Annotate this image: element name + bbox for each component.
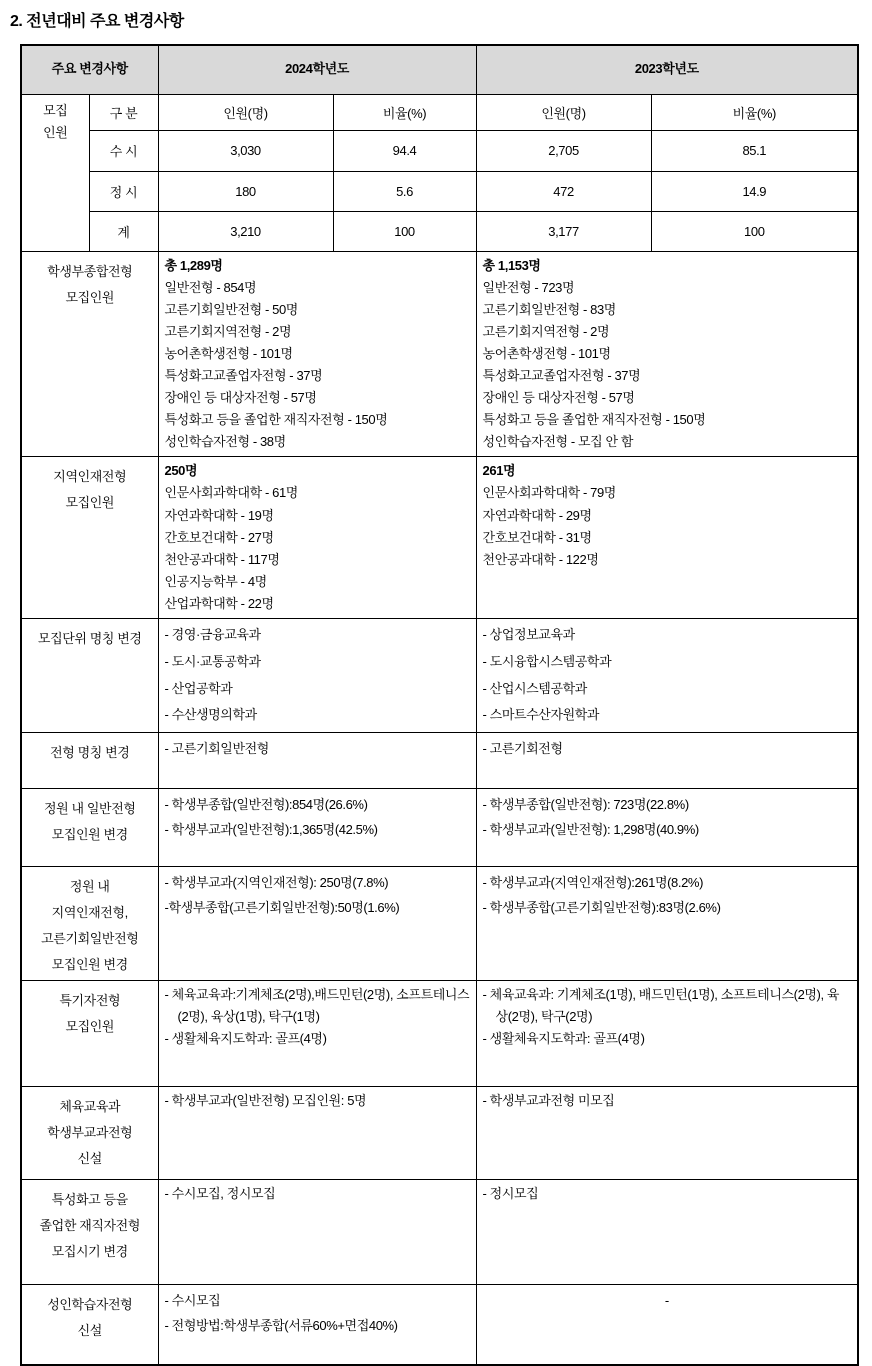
section-label-cell: 특성화고 등을졸업한 재직자전형모집시기 변경 xyxy=(21,1179,158,1284)
content-line: - 체육교육과:기계체조(2명),배드민턴(2명), 소프트테니스(2명), 육… xyxy=(165,984,470,1028)
content-line: 간호보건대학 - 31명 xyxy=(483,527,852,549)
cell-value: 85.1 xyxy=(651,130,858,171)
section-content-2023-cell: - 고른기회전형 xyxy=(476,732,858,788)
cell-value: 94.4 xyxy=(333,130,476,171)
section-content-2023-cell: - 학생부교과(지역인재전형):261명(8.2%)- 학생부종합(고른기회일반… xyxy=(476,866,858,980)
cell-value: 3,210 xyxy=(158,211,333,251)
content-line: - 학생부종합(일반전형):854명(26.6%) xyxy=(165,792,470,817)
section-label-line: 모집인원 변경 xyxy=(27,952,153,978)
content-line: - 상업정보교육과 xyxy=(483,622,852,649)
content-line: - 스마트수산자원학과 xyxy=(483,702,852,729)
content-total-line: 250명 xyxy=(165,460,470,482)
content-line: 장애인 등 대상자전형 - 57명 xyxy=(165,387,470,409)
section-label-line: 신설 xyxy=(27,1146,153,1172)
content-line: - 학생부교과(지역인재전형): 250명(7.8%) xyxy=(165,870,470,895)
content-line: - 수시모집 xyxy=(165,1288,470,1313)
content-line: 산업과학대학 - 22명 xyxy=(165,593,470,615)
cell-value: 2,705 xyxy=(476,130,651,171)
subheader-personnel-2023: 인원(명) xyxy=(476,94,651,130)
section-row: 특성화고 등을졸업한 재직자전형모집시기 변경- 수시모집, 정시모집- 정시모… xyxy=(21,1179,858,1284)
content-line: 인공지능학부 - 4명 xyxy=(165,571,470,593)
row-label: 수 시 xyxy=(89,130,158,171)
content-line: - 생활체육지도학과: 골프(4명) xyxy=(483,1028,852,1050)
content-line: - 학생부종합(일반전형): 723명(22.8%) xyxy=(483,792,852,817)
page-title: 2. 전년대비 주요 변경사항 xyxy=(0,0,872,31)
section-content-2023-cell: - xyxy=(476,1284,858,1365)
content-line: 농어촌학생전형 - 101명 xyxy=(483,343,852,365)
section-row: 정원 내지역인재전형,고른기회일반전형모집인원 변경- 학생부교과(지역인재전형… xyxy=(21,866,858,980)
section-row: 전형 명칭 변경- 고른기회일반전형- 고른기회전형 xyxy=(21,732,858,788)
enrollment-group-label: 모집 인원 xyxy=(21,94,89,251)
content-line: - xyxy=(483,1288,852,1313)
content-line: - 학생부교과(일반전형): 1,298명(40.9%) xyxy=(483,817,852,842)
section-label-line: 모집인원 xyxy=(27,490,153,516)
content-line: 특성화고교졸업자전형 - 37명 xyxy=(483,365,852,387)
section-label-line: 특성화고 등을 xyxy=(27,1187,153,1213)
section-row: 특기자전형모집인원- 체육교육과:기계체조(2명),배드민턴(2명), 소프트테… xyxy=(21,980,858,1086)
content-line: 고른기회지역전형 - 2명 xyxy=(483,321,852,343)
section-row: 성인학습자전형신설- 수시모집- 전형방법:학생부종합(서류60%+면접40%)… xyxy=(21,1284,858,1365)
section-content-2024-cell: - 학생부종합(일반전형):854명(26.6%)- 학생부교과(일반전형):1… xyxy=(158,788,476,866)
table-header-row: 주요 변경사항 2024학년도 2023학년도 xyxy=(21,45,858,94)
content-line: 자연과학대학 - 29명 xyxy=(483,505,852,527)
section-content-2023-cell: - 학생부교과전형 미모집 xyxy=(476,1086,858,1179)
section-label-cell: 학생부종합전형모집인원 xyxy=(21,251,158,457)
section-row: 지역인재전형모집인원250명인문사회과학대학 - 61명자연과학대학 - 19명… xyxy=(21,457,858,619)
content-line: 인문사회과학대학 - 61명 xyxy=(165,482,470,504)
content-line: - 전형방법:학생부종합(서류60%+면접40%) xyxy=(165,1313,470,1338)
section-content-2024-cell: - 고른기회일반전형 xyxy=(158,732,476,788)
content-line: - 학생부교과(일반전형):1,365명(42.5%) xyxy=(165,817,470,842)
cell-value: 180 xyxy=(158,171,333,211)
cell-value: 100 xyxy=(333,211,476,251)
section-content-2023-cell: 총 1,153명일반전형 - 723명고른기회일반전형 - 83명고른기회지역전… xyxy=(476,251,858,457)
section-content-2024-cell: - 학생부교과(일반전형) 모집인원: 5명 xyxy=(158,1086,476,1179)
section-label-line: 모집단위 명칭 변경 xyxy=(27,626,153,652)
subheader-personnel-2024: 인원(명) xyxy=(158,94,333,130)
content-line: 인문사회과학대학 - 79명 xyxy=(483,482,852,504)
content-line: - 고른기회일반전형 xyxy=(165,736,470,761)
section-label-line: 모집인원 xyxy=(27,285,153,311)
enrollment-subheader-row: 모집 인원 구 분 인원(명) 비율(%) 인원(명) 비율(%) xyxy=(21,94,858,130)
section-content-2024-cell: 총 1,289명일반전형 - 854명고른기회일반전형 - 50명고른기회지역전… xyxy=(158,251,476,457)
section-label-line: 지역인재전형 xyxy=(27,464,153,490)
content-line: 자연과학대학 - 19명 xyxy=(165,505,470,527)
row-label: 정 시 xyxy=(89,171,158,211)
changes-table: 주요 변경사항 2024학년도 2023학년도 모집 인원 구 분 인원(명) … xyxy=(20,44,859,1366)
section-content-2023-cell: 261명인문사회과학대학 - 79명자연과학대학 - 29명간호보건대학 - 3… xyxy=(476,457,858,619)
section-label-cell: 정원 내 일반전형모집인원 변경 xyxy=(21,788,158,866)
section-content-2023-cell: - 정시모집 xyxy=(476,1179,858,1284)
section-content-2024-cell: - 경영·금융교육과- 도시·교통공학과- 산업공학과- 수산생명의학과 xyxy=(158,619,476,733)
cell-value: 100 xyxy=(651,211,858,251)
enrollment-row-susi: 수 시 3,030 94.4 2,705 85.1 xyxy=(21,130,858,171)
section-label-cell: 지역인재전형모집인원 xyxy=(21,457,158,619)
content-line: - 산업공학과 xyxy=(165,676,470,703)
content-line: - 정시모집 xyxy=(483,1183,852,1205)
content-line: 성인학습자전형 - 38명 xyxy=(165,431,470,453)
subheader-ratio-2023: 비율(%) xyxy=(651,94,858,130)
document-page: 2. 전년대비 주요 변경사항 주요 변경사항 2024학년도 2023학년도 … xyxy=(0,0,872,1343)
section-label-line: 모집시기 변경 xyxy=(27,1239,153,1265)
section-label-cell: 모집단위 명칭 변경 xyxy=(21,619,158,733)
enrollment-row-total: 계 3,210 100 3,177 100 xyxy=(21,211,858,251)
content-total-line: 261명 xyxy=(483,460,852,482)
section-rows: 학생부종합전형모집인원총 1,289명일반전형 - 854명고른기회일반전형 -… xyxy=(21,251,858,1365)
content-line: 장애인 등 대상자전형 - 57명 xyxy=(483,387,852,409)
content-line: - 학생부교과(지역인재전형):261명(8.2%) xyxy=(483,870,852,895)
section-label-line: 모집인원 xyxy=(27,1014,153,1040)
section-label-line: 고른기회일반전형 xyxy=(27,926,153,952)
content-line: - 수시모집, 정시모집 xyxy=(165,1183,470,1205)
section-content-2024-cell: 250명인문사회과학대학 - 61명자연과학대학 - 19명간호보건대학 - 2… xyxy=(158,457,476,619)
section-label-line: 학생부종합전형 xyxy=(27,259,153,285)
content-line: - 산업시스템공학과 xyxy=(483,676,852,703)
section-label-line: 성인학습자전형 xyxy=(27,1292,153,1318)
section-label-cell: 특기자전형모집인원 xyxy=(21,980,158,1086)
content-line: 일반전형 - 854명 xyxy=(165,277,470,299)
content-line: 성인학습자전형 - 모집 안 함 xyxy=(483,431,852,453)
content-line: - 학생부교과(일반전형) 모집인원: 5명 xyxy=(165,1090,470,1112)
content-total-line: 총 1,153명 xyxy=(483,255,852,277)
header-year-2024: 2024학년도 xyxy=(158,45,476,94)
section-content-2024-cell: - 수시모집- 전형방법:학생부종합(서류60%+면접40%) xyxy=(158,1284,476,1365)
section-content-2023-cell: - 체육교육과: 기계체조(1명), 배드민턴(1명), 소프트테니스(2명),… xyxy=(476,980,858,1086)
section-label-line: 정원 내 xyxy=(27,874,153,900)
section-label-line: 정원 내 일반전형 xyxy=(27,796,153,822)
content-line: -학생부종합(고른기회일반전형):50명(1.6%) xyxy=(165,895,470,920)
section-label-line: 지역인재전형, xyxy=(27,900,153,926)
content-line: - 체육교육과: 기계체조(1명), 배드민턴(1명), 소프트테니스(2명),… xyxy=(483,984,852,1028)
content-line: 특성화고 등을 졸업한 재직자전형 - 150명 xyxy=(483,409,852,431)
enrollment-group-label-line: 모집 xyxy=(27,100,84,122)
content-line: 천안공과대학 - 122명 xyxy=(483,549,852,571)
content-line: - 도시·교통공학과 xyxy=(165,649,470,676)
header-year-2023: 2023학년도 xyxy=(476,45,858,94)
section-label-line: 신설 xyxy=(27,1318,153,1344)
section-label-line: 특기자전형 xyxy=(27,988,153,1014)
content-line: - 학생부종합(고른기회일반전형):83명(2.6%) xyxy=(483,895,852,920)
section-content-2024-cell: - 학생부교과(지역인재전형): 250명(7.8%)-학생부종합(고른기회일반… xyxy=(158,866,476,980)
cell-value: 3,030 xyxy=(158,130,333,171)
section-label-cell: 전형 명칭 변경 xyxy=(21,732,158,788)
content-line: - 도시융합시스템공학과 xyxy=(483,649,852,676)
section-label-cell: 체육교육과학생부교과전형신설 xyxy=(21,1086,158,1179)
cell-value: 5.6 xyxy=(333,171,476,211)
header-main-changes: 주요 변경사항 xyxy=(21,45,158,94)
section-label-line: 모집인원 변경 xyxy=(27,822,153,848)
section-content-2024-cell: - 수시모집, 정시모집 xyxy=(158,1179,476,1284)
section-content-2023-cell: - 상업정보교육과- 도시융합시스템공학과- 산업시스템공학과- 스마트수산자원… xyxy=(476,619,858,733)
section-label-cell: 정원 내지역인재전형,고른기회일반전형모집인원 변경 xyxy=(21,866,158,980)
cell-value: 14.9 xyxy=(651,171,858,211)
section-row: 모집단위 명칭 변경- 경영·금융교육과- 도시·교통공학과- 산업공학과- 수… xyxy=(21,619,858,733)
row-label: 계 xyxy=(89,211,158,251)
content-line: - 생활체육지도학과: 골프(4명) xyxy=(165,1028,470,1050)
section-label-line: 졸업한 재직자전형 xyxy=(27,1213,153,1239)
content-line: 일반전형 - 723명 xyxy=(483,277,852,299)
enrollment-group-label-line: 인원 xyxy=(27,122,84,144)
section-label-line: 전형 명칭 변경 xyxy=(27,740,153,766)
subheader-ratio-2024: 비율(%) xyxy=(333,94,476,130)
section-content-2024-cell: - 체육교육과:기계체조(2명),배드민턴(2명), 소프트테니스(2명), 육… xyxy=(158,980,476,1086)
section-row: 체육교육과학생부교과전형신설- 학생부교과(일반전형) 모집인원: 5명- 학생… xyxy=(21,1086,858,1179)
content-line: - 학생부교과전형 미모집 xyxy=(483,1090,852,1112)
content-line: 특성화고 등을 졸업한 재직자전형 - 150명 xyxy=(165,409,470,431)
section-content-2023-cell: - 학생부종합(일반전형): 723명(22.8%)- 학생부교과(일반전형):… xyxy=(476,788,858,866)
enrollment-row-jeongsi: 정 시 180 5.6 472 14.9 xyxy=(21,171,858,211)
content-line: - 고른기회전형 xyxy=(483,736,852,761)
section-label-line: 학생부교과전형 xyxy=(27,1120,153,1146)
content-total-line: 총 1,289명 xyxy=(165,255,470,277)
section-row: 학생부종합전형모집인원총 1,289명일반전형 - 854명고른기회일반전형 -… xyxy=(21,251,858,457)
section-label-line: 체육교육과 xyxy=(27,1094,153,1120)
cell-value: 472 xyxy=(476,171,651,211)
content-line: 간호보건대학 - 27명 xyxy=(165,527,470,549)
content-line: 고른기회지역전형 - 2명 xyxy=(165,321,470,343)
subheader-gubun: 구 분 xyxy=(89,94,158,130)
content-line: 천안공과대학 - 117명 xyxy=(165,549,470,571)
content-line: - 경영·금융교육과 xyxy=(165,622,470,649)
content-line: 농어촌학생전형 - 101명 xyxy=(165,343,470,365)
section-label-cell: 성인학습자전형신설 xyxy=(21,1284,158,1365)
content-line: 고른기회일반전형 - 50명 xyxy=(165,299,470,321)
section-row: 정원 내 일반전형모집인원 변경- 학생부종합(일반전형):854명(26.6%… xyxy=(21,788,858,866)
cell-value: 3,177 xyxy=(476,211,651,251)
content-line: 고른기회일반전형 - 83명 xyxy=(483,299,852,321)
content-line: - 수산생명의학과 xyxy=(165,702,470,729)
content-line: 특성화고교졸업자전형 - 37명 xyxy=(165,365,470,387)
